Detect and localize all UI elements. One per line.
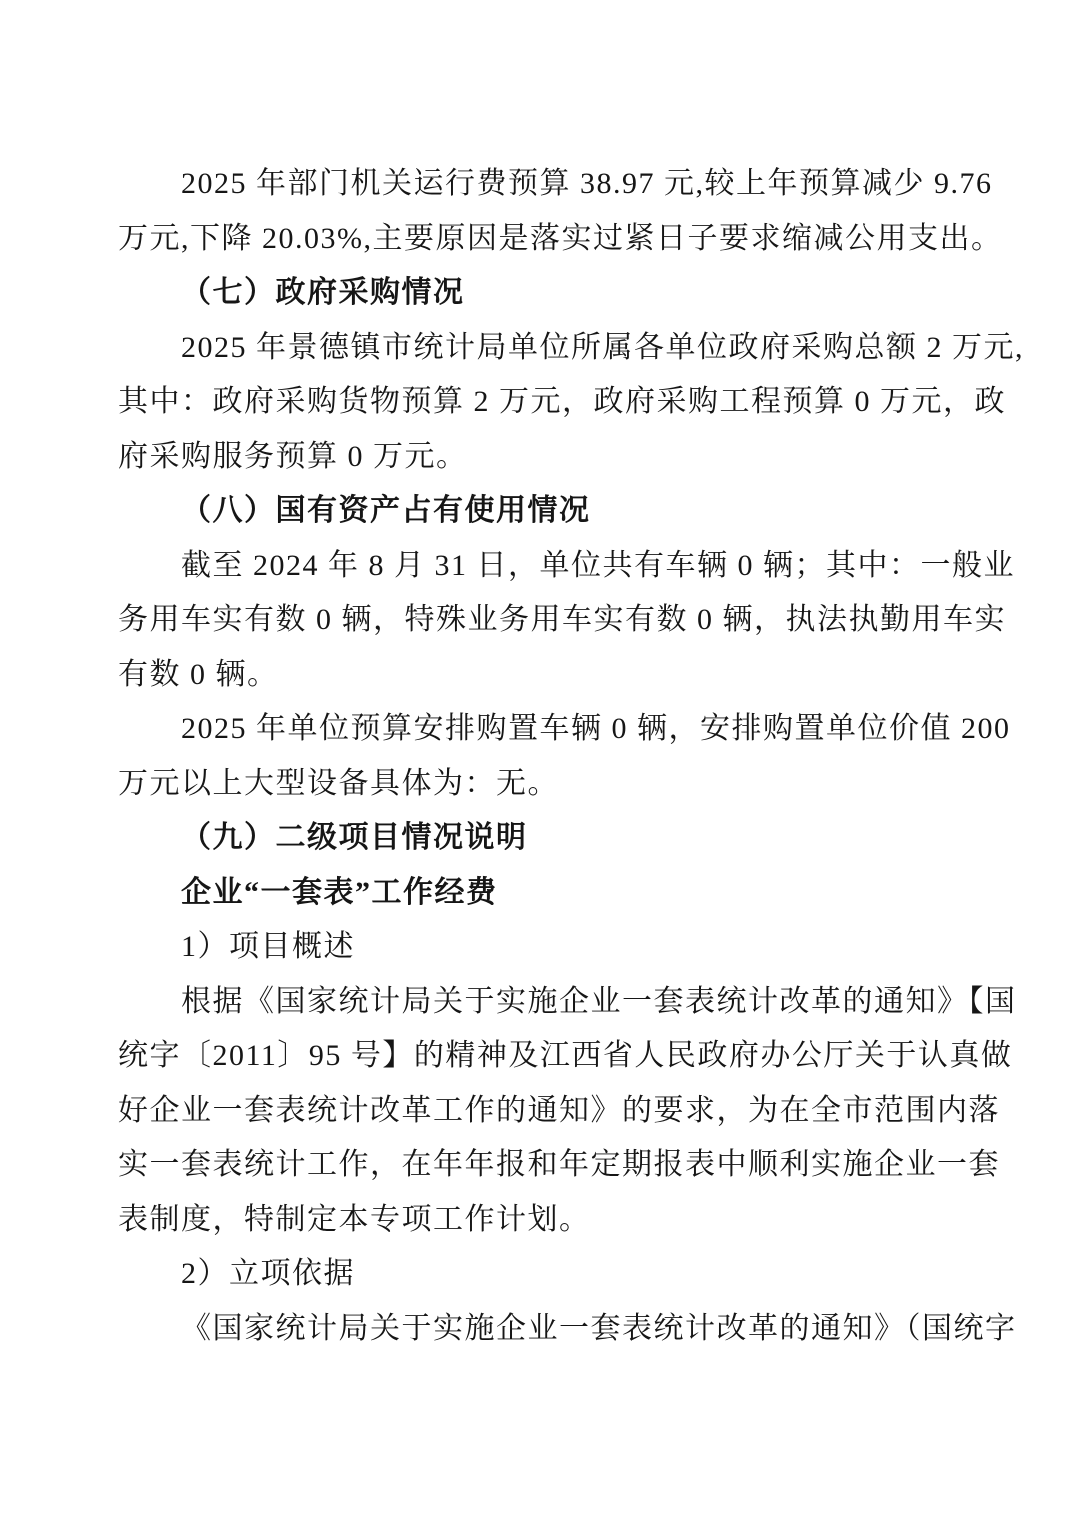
paragraph-procurement-details: 2025 年景德镇市统计局单位所属各单位政府采购总额 2 万元, 其中：政府采购… xyxy=(118,321,968,485)
paragraph-agency-operating-cost: 2025 年部门机关运行费预算 38.97 元,较上年预算减少 9.76 万元,… xyxy=(118,157,968,266)
subheading-2-project-basis: 2）立项依据 xyxy=(118,1247,968,1302)
heading-enterprise-one-set-table-funds: 企业“一套表”工作经费 xyxy=(118,866,968,921)
heading-section-7-government-procurement: （七）政府采购情况 xyxy=(118,266,968,321)
subheading-1-project-overview: 1）项目概述 xyxy=(118,920,968,975)
heading-section-8-state-assets: （八）国有资产占有使用情况 xyxy=(118,484,968,539)
heading-section-9-secondary-projects: （九）二级项目情况说明 xyxy=(118,811,968,866)
paragraph-vehicle-holdings: 截至 2024 年 8 月 31 日，单位共有车辆 0 辆；其中：一般业 务用车… xyxy=(118,539,968,703)
document-content: 2025 年部门机关运行费预算 38.97 元,较上年预算减少 9.76 万元,… xyxy=(118,157,968,1356)
paragraph-project-overview-body: 根据《国家统计局关于实施企业一套表统计改革的通知》【国 统字〔2011〕95 号… xyxy=(118,975,968,1248)
paragraph-project-basis-body: 《国家统计局关于实施企业一套表统计改革的通知》（国统字 xyxy=(118,1302,968,1357)
document-page: 2025 年部门机关运行费预算 38.97 元,较上年预算减少 9.76 万元,… xyxy=(0,0,1074,1520)
paragraph-vehicle-purchase-budget: 2025 年单位预算安排购置车辆 0 辆，安排购置单位价值 200 万元以上大型… xyxy=(118,702,968,811)
